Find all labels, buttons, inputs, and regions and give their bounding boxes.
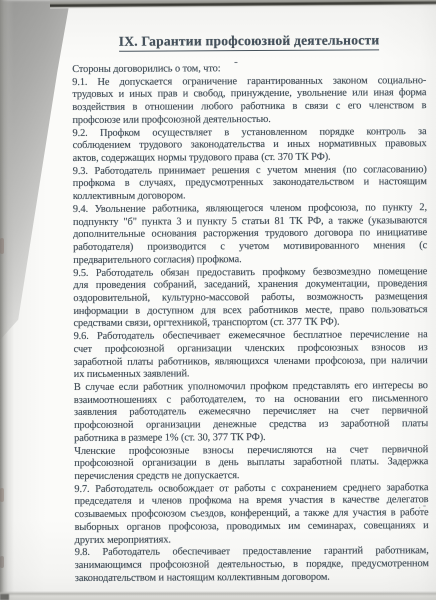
scan-edge-left [0, 0, 14, 600]
paragraph: 9.7. Работодатель освобождает от работы … [74, 482, 428, 547]
scan-edge-bottom [0, 591, 436, 600]
text-line: профсоюзной организации в день выплаты з… [74, 456, 428, 471]
text-line: занимающимся профсоюзной деятельностью, … [75, 558, 429, 573]
paragraph: 9.5. Работодатель обязан предоставить пр… [73, 266, 427, 331]
text-line: выборных органов профсоюза, проводимых и… [75, 520, 429, 535]
scan-edge-nub [0, 594, 9, 600]
text-line: воздействия в отношении любого работника… [72, 100, 426, 115]
scan-edge-top [50, 0, 436, 9]
paragraph: 9.4. Увольнение работника, являющегося ч… [73, 202, 427, 267]
text-line: профкома в случаях, предусмотренных зако… [73, 177, 427, 192]
text-line: соблюдением трудового законодательства и… [73, 138, 427, 153]
scan-artifact-dash: - [234, 56, 238, 68]
paragraph: 9.1. Не допускается ограничение гарантир… [72, 75, 426, 128]
paragraph: 9.3. Работодатель принимает решения с уч… [73, 164, 427, 204]
paragraph: Членские профсоюзные взносы перечисляютс… [74, 444, 428, 484]
section-title: IX. Гарантии профсоюзной деятельности [72, 31, 426, 50]
paragraphs: 9.1. Не допускается ограничение гарантир… [72, 75, 429, 586]
paragraph: 9.2. Профком осуществляет в установленно… [72, 126, 426, 166]
paragraph: В случае если работник уполномочил профк… [74, 380, 428, 445]
paragraph: 9.6. Работодатель обеспечивает ежемесячн… [74, 329, 428, 382]
page-content: IX. Гарантии профсоюзной деятельности - … [72, 31, 429, 585]
text-line: профсоюзной организации денежные средств… [74, 418, 428, 433]
text-line: счет профсоюзной организации членских пр… [74, 342, 428, 357]
scan-artifact-dot: . - [418, 500, 426, 510]
text-line: работодателя) производится с учетом моти… [73, 240, 427, 255]
text-line: заработной платы работников, являющихся … [74, 355, 428, 370]
scanned-page: IX. Гарантии профсоюзной деятельности - … [0, 0, 436, 600]
text-line: законодательством и настоящим коллективн… [75, 571, 429, 586]
